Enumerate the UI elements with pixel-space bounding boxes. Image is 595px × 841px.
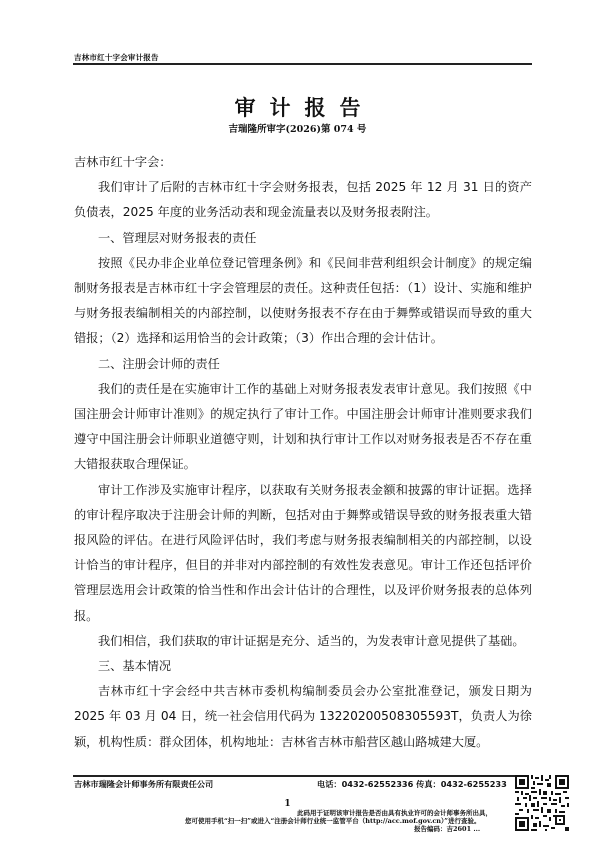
qr-code-icon[interactable] bbox=[515, 775, 569, 831]
management-paragraph: 按照《民办非企业单位登记管理条例》和《民间非营利组织会计制度》的规定编制财务报表… bbox=[74, 251, 532, 352]
report-number: 吉瑞隆所审字(2026)第 074 号 bbox=[0, 121, 595, 135]
intro-paragraph: 我们审计了后附的吉林市红十字会财务报表，包括 2025 年 12 月 31 日的… bbox=[74, 175, 532, 225]
section-heading-basic-info: 三、基本情况 bbox=[74, 654, 532, 679]
footer-company: 吉林市瑞隆会计师事务所有限责任公司 bbox=[74, 779, 213, 790]
footer-divider bbox=[73, 775, 532, 777]
verification-note-3: 报告编码：吉2601 ... bbox=[414, 824, 480, 833]
auditor-paragraph-1: 我们的责任是在实施审计工作的基础上对财务报表发表审计意见。我们按照《中国注册会计… bbox=[74, 377, 532, 478]
page-title: 审计报告 bbox=[0, 92, 595, 122]
header-running-title: 吉林市红十字会审计报告 bbox=[74, 52, 159, 63]
section-heading-auditor: 二、注册会计师的责任 bbox=[74, 352, 532, 377]
section-heading-management: 一、管理层对财务报表的责任 bbox=[74, 226, 532, 251]
header-divider bbox=[73, 63, 532, 65]
report-body: 吉林市红十字会： 我们审计了后附的吉林市红十字会财务报表，包括 2025 年 1… bbox=[74, 148, 532, 755]
salutation: 吉林市红十字会： bbox=[74, 150, 532, 175]
basic-info-paragraph: 吉林市红十字会经中共吉林市委机构编制委员会办公室批准登记，颁发日期为 2025 … bbox=[74, 679, 532, 755]
auditor-paragraph-3: 我们相信，我们获取的审计证据是充分、适当的，为发表审计意见提供了基础。 bbox=[74, 629, 532, 654]
footer-contact: 电话：0432-62552336 传真：0432-6255233 bbox=[317, 779, 507, 790]
auditor-paragraph-2: 审计工作涉及实施审计程序，以获取有关财务报表金额和披露的审计证据。选择的审计程序… bbox=[74, 478, 532, 629]
